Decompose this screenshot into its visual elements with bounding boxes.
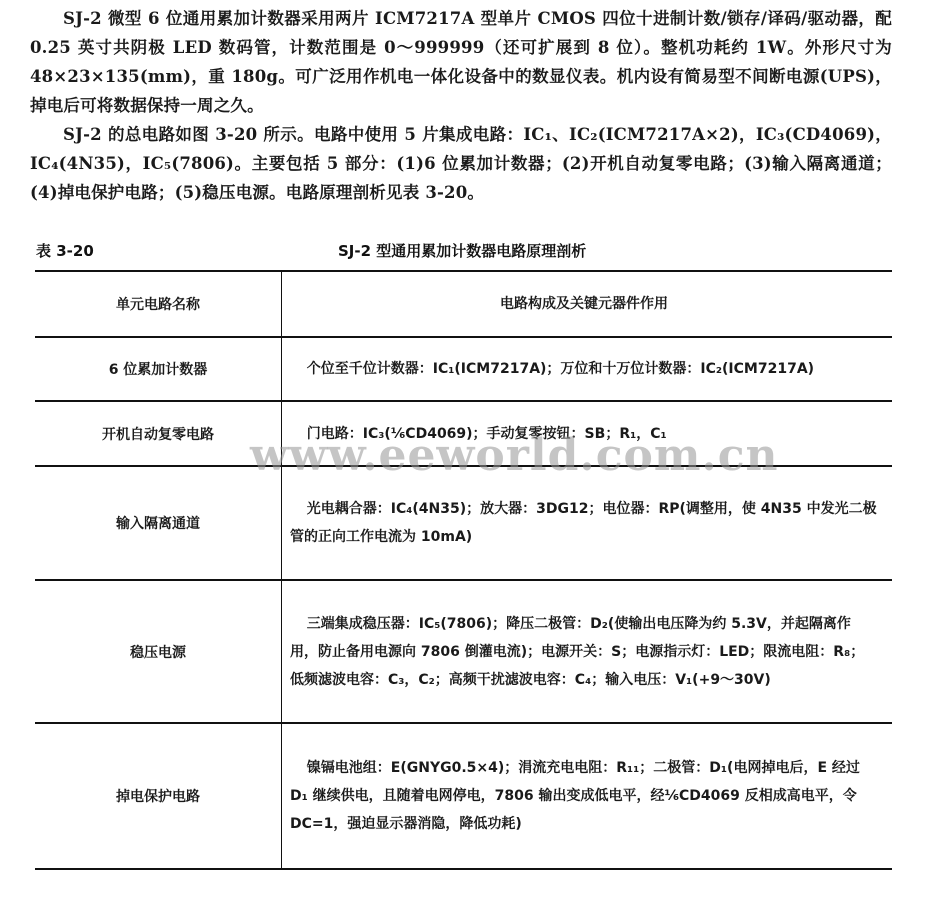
- row-description-text: 门电路：IC₃(⅙CD4069)；手动复零按钮：SB；R₁，C₁: [290, 420, 878, 448]
- table-row: 输入隔离通道 光电耦合器：IC₄(4N35)；放大器：3DG12；电位器：RP(…: [35, 466, 892, 580]
- row-description: 门电路：IC₃(⅙CD4069)；手动复零按钮：SB；R₁，C₁: [282, 401, 893, 466]
- table-title: SJ-2 型通用累加计数器电路原理剖析: [338, 240, 586, 261]
- table-row: 稳压电源 三端集成稳压器：IC₅(7806)；降压二极管：D₂(使输出电压降为约…: [35, 580, 892, 723]
- table-row: 6 位累加计数器 个位至千位计数器：IC₁(ICM7217A)；万位和十万位计数…: [35, 337, 892, 401]
- row-unit-name: 输入隔离通道: [35, 466, 282, 580]
- row-unit-name: 掉电保护电路: [35, 723, 282, 869]
- table-row: 掉电保护电路 镍镉电池组：E(GNYG0.5×4)；涓流充电电阻：R₁₁；二极管…: [35, 723, 892, 869]
- row-description-text: 三端集成稳压器：IC₅(7806)；降压二极管：D₂(使输出电压降为约 5.3V…: [290, 610, 878, 694]
- table-header-row: 单元电路名称 电路构成及关键元器件作用: [35, 271, 892, 337]
- table-row: 开机自动复零电路 门电路：IC₃(⅙CD4069)；手动复零按钮：SB；R₁，C…: [35, 401, 892, 466]
- row-description-text: 光电耦合器：IC₄(4N35)；放大器：3DG12；电位器：RP(调整用，使 4…: [290, 495, 878, 551]
- row-description: 镍镉电池组：E(GNYG0.5×4)；涓流充电电阻：R₁₁；二极管：D₁(电网掉…: [282, 723, 893, 869]
- intro-paragraph: SJ-2 微型 6 位通用累加计数器采用两片 ICM7217A 型单片 CMOS…: [30, 4, 892, 120]
- row-description-text: 镍镉电池组：E(GNYG0.5×4)；涓流充电电阻：R₁₁；二极管：D₁(电网掉…: [290, 754, 878, 838]
- table-caption: 表 3-20 SJ-2 型通用累加计数器电路原理剖析: [36, 238, 892, 264]
- row-unit-name: 6 位累加计数器: [35, 337, 282, 401]
- circuit-overview-paragraph: SJ-2 的总电路如图 3-20 所示。电路中使用 5 片集成电路：IC₁、IC…: [30, 120, 892, 207]
- header-unit-name: 单元电路名称: [35, 271, 282, 337]
- circuit-analysis-table: 单元电路名称 电路构成及关键元器件作用 6 位累加计数器 个位至千位计数器：IC…: [35, 270, 892, 870]
- row-description: 三端集成稳压器：IC₅(7806)；降压二极管：D₂(使输出电压降为约 5.3V…: [282, 580, 893, 723]
- row-unit-name: 稳压电源: [35, 580, 282, 723]
- row-description: 个位至千位计数器：IC₁(ICM7217A)；万位和十万位计数器：IC₂(ICM…: [282, 337, 893, 401]
- row-unit-name: 开机自动复零电路: [35, 401, 282, 466]
- table-number: 表 3-20: [36, 240, 94, 261]
- row-description-text: 个位至千位计数器：IC₁(ICM7217A)；万位和十万位计数器：IC₂(ICM…: [290, 355, 878, 383]
- header-description: 电路构成及关键元器件作用: [282, 271, 893, 337]
- row-description: 光电耦合器：IC₄(4N35)；放大器：3DG12；电位器：RP(调整用，使 4…: [282, 466, 893, 580]
